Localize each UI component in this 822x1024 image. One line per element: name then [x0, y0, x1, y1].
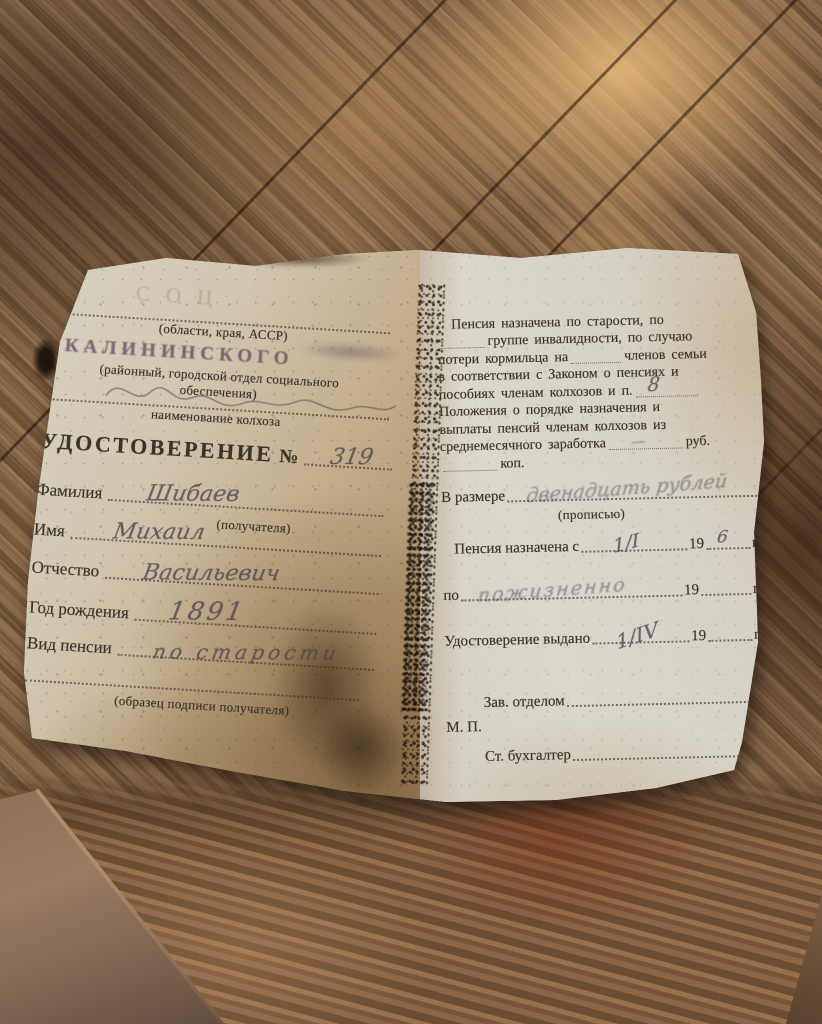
- pension-paragraph: Пенсия назначена по старости, по группе …: [437, 309, 758, 474]
- handwritten-patronymic: Васильевич: [141, 561, 282, 587]
- number-blank: 319: [304, 460, 392, 470]
- number-sign: №: [279, 446, 299, 469]
- dotted-blank: 6: [706, 544, 750, 550]
- photo-scene: СОЦ (области, края, АССР) КАЛИНИНСКОГО (…: [0, 0, 822, 1024]
- handwritten-until: пожизненно: [477, 574, 628, 607]
- until-row: по пожизненно 19 г.: [443, 581, 761, 605]
- dotted-blank-line: 1891: [134, 616, 376, 635]
- handwritten-rub-dash: —: [630, 432, 647, 451]
- certificate-paper: СОЦ (области, края, АССР) КАЛИНИНСКОГО (…: [16, 242, 772, 812]
- seal-place-label: М. П.: [446, 719, 482, 737]
- field-label: Отчество: [31, 557, 100, 581]
- dotted-blank-line: двенадцать рублей: [507, 492, 757, 503]
- year-prefix: 19: [684, 582, 699, 599]
- faded-letterhead: СОЦ: [135, 281, 229, 311]
- dotted-blank: [701, 590, 751, 596]
- dotted-blank: [443, 466, 497, 471]
- dotted-blank: [571, 358, 621, 363]
- signature-blank: [573, 752, 763, 761]
- pension-certificate: СОЦ (области, края, АССР) КАЛИНИНСКОГО (…: [16, 242, 772, 812]
- handwritten-paragraph-number: 8: [647, 373, 661, 396]
- dotted-blank: 1/I: [581, 545, 687, 552]
- stamp-smudge: [294, 339, 405, 365]
- paragraph-text: потери кормильца на: [438, 350, 568, 369]
- year-prefix: 19: [689, 536, 704, 553]
- field-row-pension-type: Вид пенсии по старости: [27, 633, 376, 674]
- title-row: УДОСТОВЕРЕНИЕ № 319: [40, 428, 393, 475]
- field-label: Имя: [33, 520, 65, 542]
- paragraph-text: членов семьи: [624, 346, 707, 364]
- dotted-blank: [708, 636, 752, 642]
- handwritten-surname: Шибаев: [144, 482, 241, 507]
- field-label: Фамилия: [36, 480, 103, 504]
- dotted-blank: [441, 344, 485, 349]
- handwritten-firstname: Михаил: [112, 520, 208, 545]
- handwritten-birthyear: 1891: [166, 597, 248, 626]
- dotted-blank: 8: [636, 392, 698, 397]
- left-page-content: СОЦ (области, края, АССР) КАЛИНИНСКОГО (…: [18, 258, 405, 818]
- handwritten-issue-date: 1/IV: [614, 617, 660, 654]
- year-suffix: г.: [753, 581, 762, 598]
- paragraph-text: коп.: [500, 456, 524, 473]
- dotted-blank-line: Шибаев: [108, 496, 384, 517]
- issued-row: Удостоверение выдано 1/IV 19 г.: [444, 627, 762, 651]
- dotted-blank-line: по старости: [117, 651, 374, 671]
- department-head-row: Зав. отделом: [446, 689, 764, 713]
- accountant-row: Ст. бухгалтер: [447, 743, 765, 767]
- department-head-label: Зав. отделом: [484, 693, 565, 712]
- field-row-surname: Фамилия Шибаев: [36, 480, 385, 521]
- year-suffix: г.: [754, 627, 763, 644]
- amount-label: В размере: [441, 488, 505, 506]
- handwritten-assigned-date: 1/I: [612, 530, 640, 558]
- handwritten-certificate-number: 319: [328, 445, 375, 470]
- dotted-blank-line: Михаил: [70, 534, 381, 557]
- field-label: Вид пенсии: [27, 633, 113, 658]
- handwritten-assigned-year: 6: [716, 527, 729, 548]
- dotted-blank-line: Васильевич: [105, 574, 379, 595]
- until-label: по: [443, 588, 459, 605]
- signature-blank: [567, 698, 762, 707]
- year-suffix: г.: [752, 535, 761, 552]
- dotted-blank: 1/IV: [592, 637, 689, 644]
- year-prefix: 19: [691, 628, 706, 645]
- field-row-firstname: Имя Михаил: [33, 520, 382, 561]
- dirt-stain: [231, 250, 371, 268]
- amount-row: В размере двенадцать рублей: [441, 483, 759, 507]
- certificate-title: УДОСТОВЕРЕНИЕ: [40, 428, 274, 468]
- right-page-content: Пенсия назначена по старости, по группе …: [436, 265, 765, 777]
- assigned-from-row: Пенсия назначена с 1/I 19 6 г.: [442, 535, 760, 559]
- field-row-patronymic: Отчество Васильевич: [31, 557, 380, 598]
- dotted-blank: —: [609, 444, 683, 450]
- dotted-blank: пожизненно: [461, 591, 682, 601]
- issued-label: Удостоверение выдано: [444, 631, 590, 651]
- handwritten-amount: двенадцать рублей: [525, 470, 728, 507]
- assigned-label: Пенсия назначена с: [454, 539, 579, 559]
- accountant-label: Ст. бухгалтер: [485, 747, 571, 766]
- in-words-note: (прописью): [521, 505, 661, 524]
- field-label: Год рождения: [29, 597, 130, 623]
- field-row-birthyear: Год рождения 1891: [29, 597, 378, 638]
- handwritten-pension-type: по старости: [151, 640, 342, 665]
- paragraph-text: руб.: [686, 434, 711, 451]
